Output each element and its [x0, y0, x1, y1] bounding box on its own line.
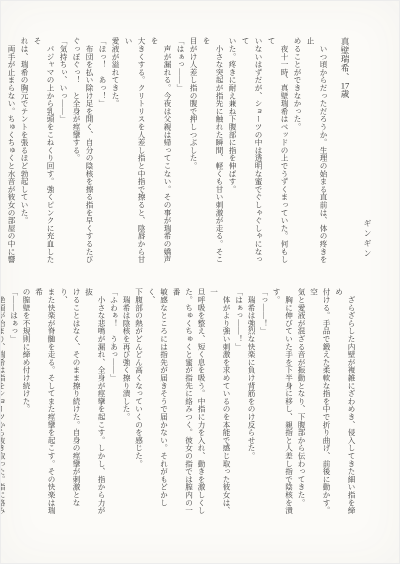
text-line: 「気持ちぃ、いっ――」 — [57, 37, 70, 267]
text-line: 「はぁっ――！」 — [232, 288, 245, 520]
text-line: 旦呼吸を整え、短く息を吸う。中指に力を入れ、動きを激しくし — [195, 288, 208, 520]
text-line: れは、瑞希の胸元でテントを張るほど勃起していた。 — [18, 37, 31, 267]
text-line: す。 — [270, 288, 283, 520]
text-line: た。ちゅくちゅくと蜜が指先に絡みつく。彼女の指では膣内の一番 — [170, 288, 195, 520]
running-header: ギンギン — [362, 219, 373, 259]
text-line: 大きくする。クリトリスを人差し指と中指で擦ると、陰唇から甘い — [122, 37, 148, 267]
story-title-age-suffix: 歳 — [340, 90, 350, 99]
text-line: けることはなく、そのまま擦り続けた。自身の痙攣が刺激となり、 — [57, 288, 82, 520]
lower-text-block: ざらざらした内壁が複雑にざわめき、侵入してきた細い指を締め付ける。手品で鍛えた柔… — [0, 288, 357, 520]
novel-page: ギンギン 真壁瑞希、17歳 いつ頃からだっただろうか。生理の始まる直前は、体の疼… — [0, 0, 400, 564]
text-line: いた。疼きに耐え兼ね下腹部に指を伸ばす。 — [226, 37, 239, 267]
upper-text-block: 真壁瑞希、17歳 いつ頃からだっただろうか。生理の始まる直前は、体の疼きを止める… — [0, 37, 351, 267]
text-line: 目がけ人差し指の腹で押しつぶした。 — [187, 37, 200, 267]
story-title-age-number: 17 — [340, 81, 350, 90]
text-line: 敏感なところには指先が届きそうで届かない。それがもどかしく、 — [145, 288, 170, 520]
text-line: 「ほっ！ あっ！」 — [96, 37, 109, 267]
text-line: 気と愛液が混ざる音が振動となり、下腹部から伝わってきた。 — [295, 288, 308, 520]
text-line: 体がより強い刺激を求めているのを本能で感じ取った彼女は、一 — [207, 288, 232, 520]
text-line: 両手が止まらない。ちゅくちゅくと水音が彼女の部屋の中に響き — [0, 37, 18, 267]
text-line: ぐっぽぐっ！ と全身が痙攣する。 — [70, 37, 83, 267]
text-line: 夜十一時、真壁瑞希はベッドの上でうずくまっていた。何もして — [265, 37, 291, 267]
text-line: 付ける。手品で鍛えた柔軟な指を中で折り曲げ、前後に動かす。空 — [307, 288, 332, 520]
text-line: 「ふわぁ！ うあっ――」 — [107, 288, 120, 520]
text-line: 「はぁっ――」 — [174, 37, 187, 267]
text-line: また快楽が脊髄を走る。そしてまた痙攣を起こす。その快楽は瑞希 — [32, 288, 57, 520]
text-line: パジャマの上から乳頭をこねくり回す。強くピンクに充血したそ — [31, 37, 57, 267]
text-line: 瑞希は強烈な快楽に負け背筋をのけ反らせた。 — [245, 288, 258, 520]
text-line: の膣壁を不規則に締め付け続けた。 — [20, 288, 33, 520]
text-line: 声が漏れる。今夜は父親は帰ってこない。その事が瑞希の嬌声を — [148, 37, 174, 267]
text-line: 瑞希は陰核を再び強く擦り潰した。 — [120, 288, 133, 520]
text-line: 「――はぁっ」 — [7, 288, 20, 520]
text-line: 絶頂が治まり、瑞希は指をショーツから抜き取った。指に絡みつ — [0, 288, 7, 520]
text-line: 「っ――！」 — [257, 288, 270, 520]
text-line: 胸に伸びていた手を下半身に移し、親指と人差し指で陰核を潰 — [282, 288, 295, 520]
text-line: いないはずだが、ショーツの中は透明な蜜でぐしゃぐしゃになって — [239, 37, 265, 267]
text-line: めることができなかった。 — [291, 37, 304, 267]
text-line: 小さな突起が指先に触れた瞬間、軽くも甘い刺激が走る。そこを — [200, 37, 226, 267]
text-line: 愛液が溢れてきた。 — [109, 37, 122, 267]
text-line: いつ頃からだっただろうか。生理の始まる直前は、体の疼きを止 — [304, 37, 330, 267]
text-line: 下腹部の熱がどんどん高くなっていくのを感じた。 — [132, 288, 145, 520]
text-line: 布団を払い除け足を開く、自分の陰核を擦る指を早くするたび — [83, 37, 96, 267]
story-title-name: 真壁瑞希、 — [340, 37, 350, 81]
text-line: ざらざらした内壁が複雑にざわめき、侵入してきた細い指を締め — [332, 288, 357, 520]
story-title: 真壁瑞希、17歳 — [338, 37, 351, 267]
text-line: 小さな悲鳴が漏れ、全身が痙攣を起こす。しかし、指から力が抜 — [82, 288, 107, 520]
